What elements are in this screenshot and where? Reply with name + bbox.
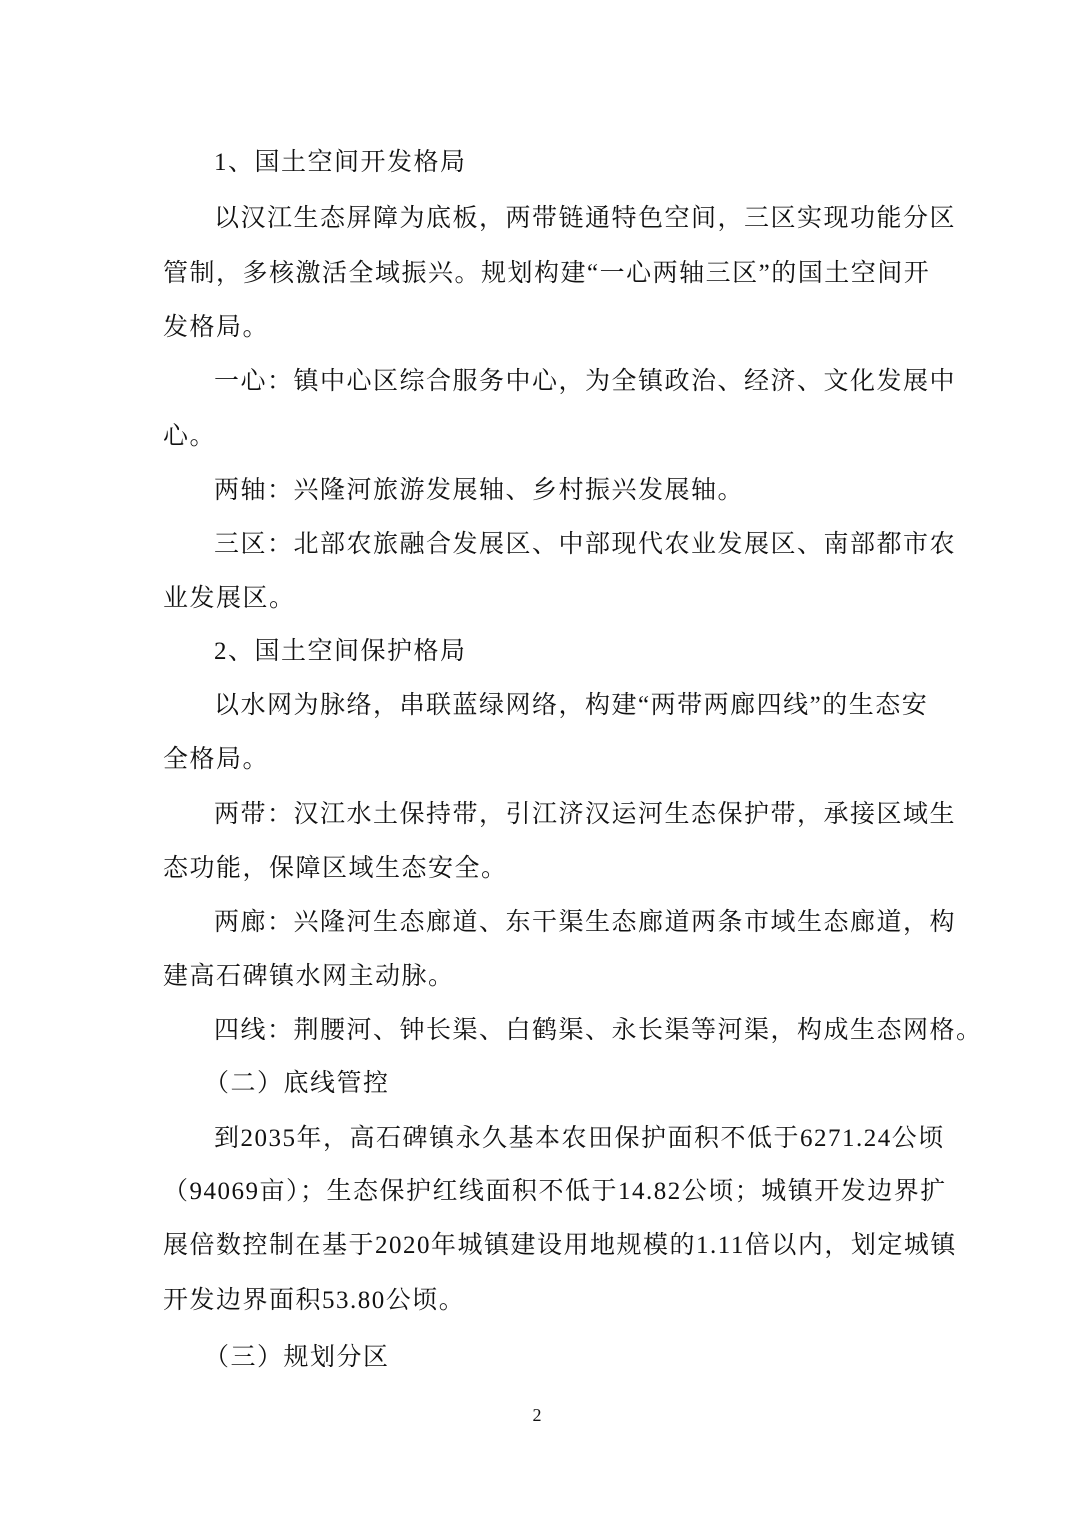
section-heading-bottom-line-control: （二）底线管控 xyxy=(204,1066,904,1102)
section-heading-protection-pattern: 2、国土空间保护格局 xyxy=(214,634,914,670)
paragraph-line: 两轴：兴隆河旅游发展轴、乡村振兴发展轴。 xyxy=(214,473,914,509)
paragraph-line: 发格局。 xyxy=(163,310,913,346)
paragraph-line: 开发边界面积53.80公顷。 xyxy=(163,1283,913,1319)
section-heading-development-pattern: 1、国土空间开发格局 xyxy=(214,145,914,181)
paragraph-line: 以汉江生态屏障为底板，两带链通特色空间，三区实现功能分区 xyxy=(214,201,914,237)
paragraph-line: 业发展区。 xyxy=(163,581,913,617)
paragraph-line: 管制，多核激活全域振兴。规划构建“一心两轴三区”的国土空间开 xyxy=(163,256,913,292)
paragraph-line: 全格局。 xyxy=(163,742,913,778)
paragraph-line: 态功能，保障区域生态安全。 xyxy=(163,851,913,887)
paragraph-line: 两带：汉江水土保持带，引江济汉运河生态保护带，承接区域生 xyxy=(214,797,914,833)
paragraph-line: 一心：镇中心区综合服务中心，为全镇政治、经济、文化发展中 xyxy=(214,364,914,400)
section-heading-planning-zones: （三）规划分区 xyxy=(204,1340,904,1376)
paragraph-line: 心。 xyxy=(163,419,913,455)
paragraph-line: 三区：北部农旅融合发展区、中部现代农业发展区、南部都市农 xyxy=(214,527,914,563)
paragraph-line: 两廊：兴隆河生态廊道、东干渠生态廊道两条市域生态廊道，构 xyxy=(214,905,914,941)
paragraph-line: 到2035年，高石碑镇永久基本农田保护面积不低于6271.24公顷 xyxy=(214,1121,914,1157)
paragraph-line: 四线：荆腰河、钟长渠、白鹤渠、永长渠等河渠，构成生态网格。 xyxy=(214,1013,914,1049)
paragraph-line: 展倍数控制在基于2020年城镇建设用地规模的1.11倍以内，划定城镇 xyxy=(163,1228,913,1264)
paragraph-line: 以水网为脉络，串联蓝绿网络，构建“两带两廊四线”的生态安 xyxy=(214,688,914,724)
document-page: 1、国土空间开发格局 以汉江生态屏障为底板，两带链通特色空间，三区实现功能分区 … xyxy=(0,0,1074,1520)
page-number: 2 xyxy=(0,1403,1074,1427)
paragraph-line: 建高石碑镇水网主动脉。 xyxy=(163,959,913,995)
paragraph-line: （94069亩）；生态保护红线面积不低于14.82公顷；城镇开发边界扩 xyxy=(163,1174,913,1210)
